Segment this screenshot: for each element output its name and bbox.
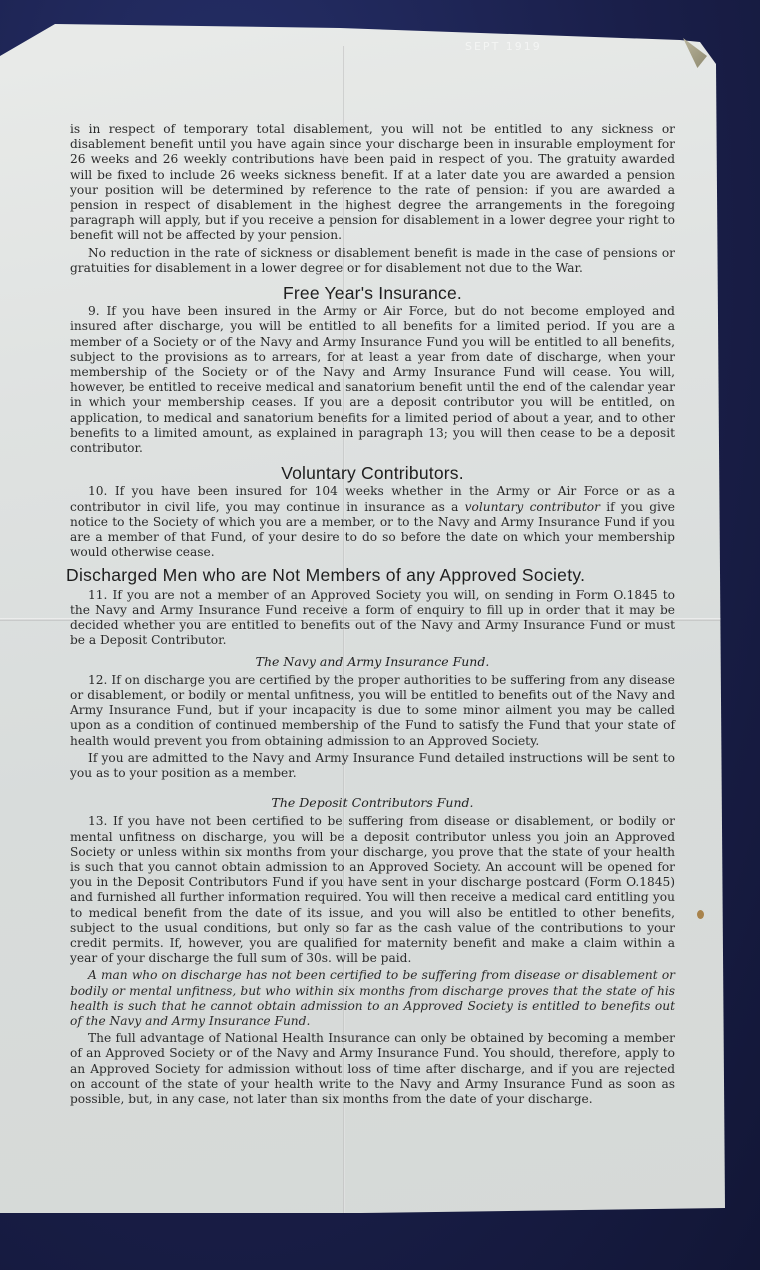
subheading-navy-army-fund: The Navy and Army Insurance Fund. <box>70 654 675 669</box>
heading-free-years-insurance: Free Year's Insurance. <box>70 286 675 301</box>
heading-voluntary-contributors: Voluntary Contributors. <box>70 466 675 481</box>
paragraph-9: 9. If you have been insured in the Army … <box>70 304 675 456</box>
closing-paragraph: The full advantage of National Health In… <box>70 1031 675 1107</box>
paragraph-12: 12. If on discharge you are certified by… <box>70 673 675 749</box>
voluntary-contributor-term: voluntary contributor <box>465 500 600 514</box>
italic-note: A man who on discharge has not been cert… <box>70 968 675 1029</box>
embossed-stamp: SEPT 1919 <box>465 40 542 53</box>
rust-stain <box>697 910 704 919</box>
continuation-paragraph: is in respect of temporary total disable… <box>70 122 675 244</box>
edge-stain <box>0 1218 725 1228</box>
subheading-deposit-contributors-fund: The Deposit Contributors Fund. <box>70 795 675 810</box>
document-body: is in respect of temporary total disable… <box>70 122 675 1107</box>
no-reduction-paragraph: No reduction in the rate of sickness or … <box>70 246 675 276</box>
paragraph-13: 13. If you have not been certified to be… <box>70 814 675 966</box>
heading-discharged-men: Discharged Men who are Not Members of an… <box>66 568 675 583</box>
paragraph-12-admission: If you are admitted to the Navy and Army… <box>70 751 675 781</box>
paragraph-11: 11. If you are not a member of an Approv… <box>70 588 675 649</box>
paragraph-10: 10. If you have been insured for 104 wee… <box>70 484 675 560</box>
